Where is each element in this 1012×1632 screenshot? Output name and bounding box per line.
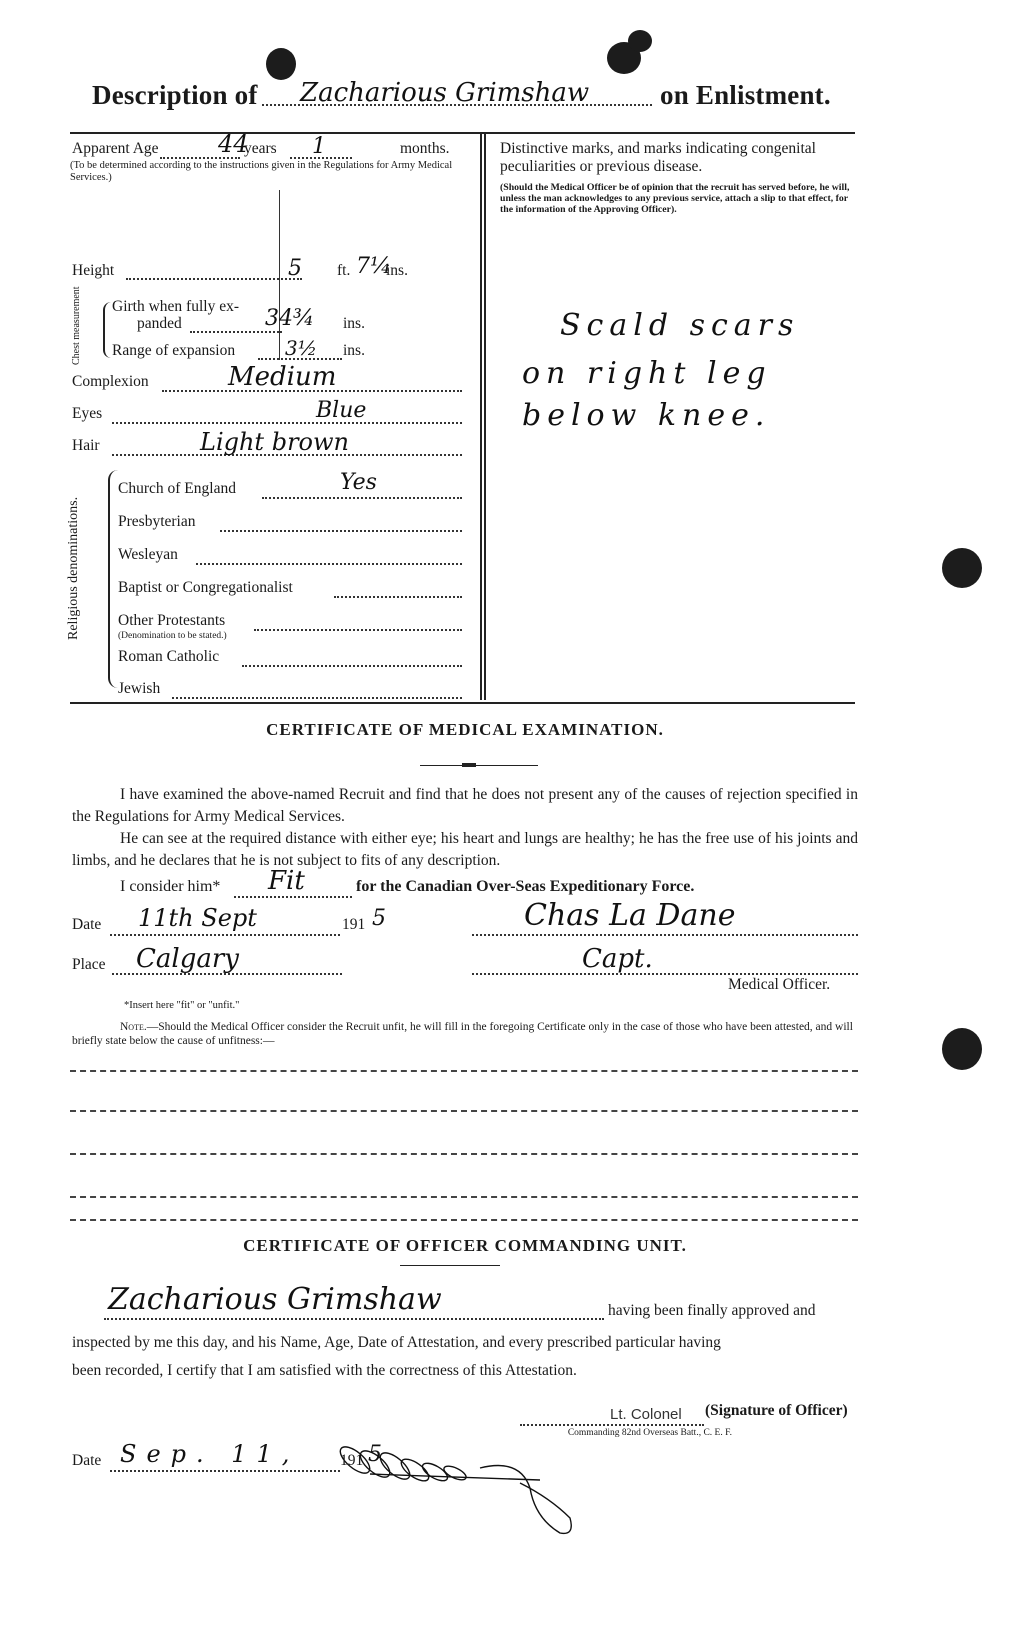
range-value: 3½ <box>285 336 317 360</box>
section-rule <box>70 702 855 704</box>
distinctive-marks-note: (Should the Medical Officer be of opinio… <box>500 182 860 215</box>
age-note: (To be determined according to the instr… <box>70 160 465 184</box>
girth-label-1: Girth when fully ex- <box>112 298 239 316</box>
hair-label: Hair <box>72 437 100 455</box>
heading-ornament <box>420 765 538 766</box>
religion-church-of-england: Church of England <box>118 480 236 498</box>
place-label: Place <box>72 956 106 974</box>
insert-note: *Insert here "fit" or "unfit." <box>124 1000 239 1011</box>
recruit-name-line <box>104 1318 604 1320</box>
commanding-text-2: inspected by me this day, and his Name, … <box>72 1332 862 1354</box>
heading-ornament <box>400 1265 500 1266</box>
medical-para-1-text: I have examined the above-named Recruit … <box>72 786 858 825</box>
marks-line-3: below knee. <box>522 398 770 433</box>
complexion-value: Medium <box>228 362 336 392</box>
height-label: Height <box>72 262 114 280</box>
commanding-year-suffix: 5 <box>368 1442 382 1467</box>
religion-brace <box>108 470 118 688</box>
commanding-date-line <box>110 1470 340 1472</box>
recruit-name-handwritten: Zacharious Grimshaw <box>300 78 589 108</box>
medical-certificate-heading: CERTIFICATE OF MEDICAL EXAMINATION. <box>0 720 930 740</box>
height-line <box>126 278 302 280</box>
commanding-certificate-heading: CERTIFICATE OF OFFICER COMMANDING UNIT. <box>0 1236 930 1256</box>
religion-line <box>242 665 462 667</box>
other-protestants-note: (Denomination to be stated.) <box>118 631 227 642</box>
unfitness-line <box>70 1219 858 1221</box>
hair-value: Light brown <box>200 428 349 456</box>
punch-hole <box>942 1028 982 1070</box>
years-label: years <box>244 140 277 158</box>
title-prefix: Description of <box>92 80 258 110</box>
medical-para-2: He can see at the required distance with… <box>72 828 858 872</box>
medical-para-1: I have examined the above-named Recruit … <box>72 784 858 828</box>
medical-year-suffix: 5 <box>372 906 386 931</box>
consider-line <box>234 896 352 898</box>
unfit-note: Note.—Should the Medical Officer conside… <box>72 1020 858 1048</box>
rank-stamp: Lt. Colonel <box>610 1406 682 1423</box>
punch-hole <box>942 548 982 588</box>
eyes-line <box>112 422 462 424</box>
religion-presbyterian: Presbyterian <box>118 513 195 531</box>
religion-line <box>254 629 462 631</box>
commanding-date-value: Sep. 11, <box>120 1440 299 1468</box>
medical-year-prefix: 191 <box>342 916 365 934</box>
commanding-text-3: been recorded, I certify that I am satis… <box>72 1360 577 1382</box>
distinctive-marks-heading: Distinctive marks, and marks indicating … <box>500 140 860 176</box>
religion-label: Religious denominations. <box>66 500 82 640</box>
ft-label: ft. <box>337 262 350 280</box>
medical-officer-rank-line <box>472 973 858 975</box>
religion-line <box>220 530 462 532</box>
medical-officer-signature: Chas La Dane <box>524 898 735 933</box>
medical-para-2-text: He can see at the required distance with… <box>72 830 858 869</box>
chest-measurement-label: Chest measurement <box>72 305 82 365</box>
unfitness-line <box>70 1196 858 1198</box>
religion-jewish: Jewish <box>118 680 160 698</box>
fitness-value: Fit <box>268 866 305 896</box>
column-divider <box>484 133 486 700</box>
signature-of-officer-label: (Signature of Officer) <box>705 1402 848 1420</box>
unfitness-line <box>70 1153 858 1155</box>
ins-label: ins. <box>386 262 408 280</box>
punch-hole <box>266 48 296 80</box>
consider-label: I consider him* <box>120 878 220 896</box>
measure-divider <box>279 190 280 360</box>
medical-date-line <box>110 934 340 936</box>
commanding-recruit-name: Zacharious Grimshaw <box>108 1282 442 1317</box>
eyes-value: Blue <box>316 398 366 423</box>
place-value: Calgary <box>136 944 239 974</box>
document-title: Description of <box>92 80 258 111</box>
note-text: —Should the Medical Officer consider the… <box>72 1021 853 1047</box>
age-label: Apparent Age <box>72 140 159 158</box>
unfitness-line <box>70 1070 858 1072</box>
religion-baptist: Baptist or Congregationalist <box>118 579 293 597</box>
range-ins-label: ins. <box>343 342 365 360</box>
top-rule <box>70 132 855 134</box>
religion-line <box>262 497 462 499</box>
medical-officer-signature-line <box>472 934 858 936</box>
commanding-date-label: Date <box>72 1452 101 1470</box>
eyes-label: Eyes <box>72 405 102 423</box>
medical-date-value: 11th Sept <box>138 904 257 932</box>
marks-line-1: Scald scars <box>560 308 799 343</box>
girth-line <box>190 331 282 333</box>
medical-date-label: Date <box>72 916 101 934</box>
religion-roman-catholic: Roman Catholic <box>118 648 219 666</box>
column-divider <box>480 133 482 700</box>
girth-value: 34¾ <box>265 306 314 331</box>
girth-ins-label: ins. <box>343 315 365 333</box>
religion-line <box>172 697 462 699</box>
range-label: Range of expansion <box>112 342 235 360</box>
commanding-stamp: Commanding 82nd Overseas Batt., C. E. F. <box>312 1428 732 1438</box>
medical-officer-title: Medical Officer. <box>728 976 830 994</box>
religion-church-of-england-value: Yes <box>340 470 377 495</box>
medical-officer-rank: Capt. <box>582 944 653 974</box>
commanding-year-prefix: 191 <box>340 1452 363 1470</box>
unfitness-line <box>70 1110 858 1112</box>
punch-hole <box>628 30 652 52</box>
religion-line <box>196 563 462 565</box>
chest-label-text: Chest measurement <box>71 286 82 365</box>
months-label: months. <box>400 140 450 158</box>
marks-line-2: on right leg <box>522 356 772 391</box>
religion-other-protestants: Other Protestants <box>118 612 225 630</box>
religion-wesleyan: Wesleyan <box>118 546 178 564</box>
religion-line <box>334 596 462 598</box>
commanding-text-1: having been finally approved and <box>608 1302 815 1320</box>
chest-brace <box>103 302 111 358</box>
complexion-label: Complexion <box>72 373 149 391</box>
note-label: Note. <box>120 1021 147 1033</box>
girth-label-2: panded <box>137 315 182 333</box>
height-ft-value: 5 <box>288 256 302 281</box>
title-suffix: on Enlistment. <box>660 80 831 111</box>
officer-signature-line <box>520 1424 704 1426</box>
heading-ornament-center <box>462 763 476 767</box>
force-label: for the Canadian Over-Seas Expeditionary… <box>356 878 694 896</box>
religion-label-text: Religious denominations. <box>66 497 81 640</box>
age-months-value: 1 <box>312 134 326 159</box>
